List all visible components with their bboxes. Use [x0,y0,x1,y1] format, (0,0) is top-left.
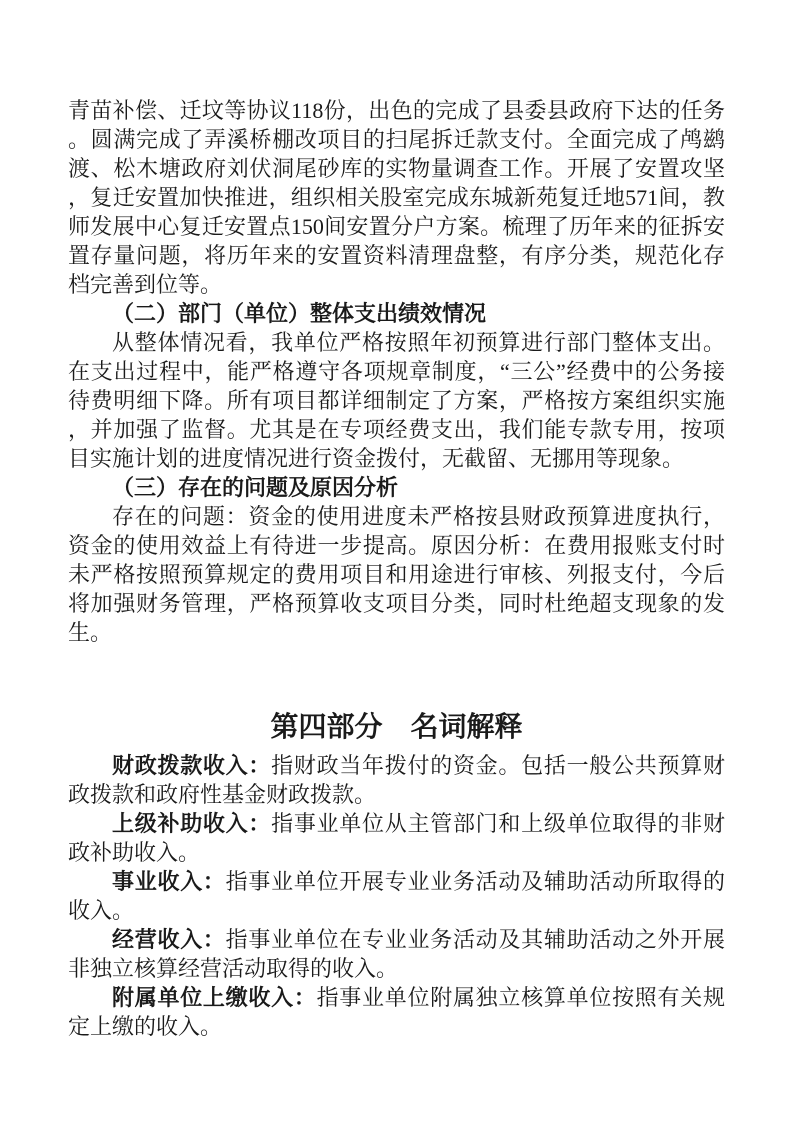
paragraph-continuation: 青苗补偿、迁坟等协议118份，出色的完成了县委县政府下达的任务。圆满完成了弄溪桥… [68,96,725,299]
definition-fiscal-appropriation-income: 财政拨款收入：指财政当年拨付的资金。包括一般公共预算财政拨款和政府性基金财政拨款… [68,751,725,809]
definition-term: 财政拨款收入： [112,753,271,778]
definition-affiliated-unit-remittance-income: 附属单位上缴收入：指事业单位附属独立核算单位按照有关规定上缴的收入。 [68,983,725,1041]
definition-term: 事业收入： [112,869,226,894]
section3-heading: （三）存在的问题及原因分析 [68,473,725,502]
part4-title: 第四部分 名词解释 [68,709,725,747]
definition-term: 附属单位上缴收入： [112,985,317,1010]
document-page: 青苗补偿、迁坟等协议118份，出色的完成了县委县政府下达的任务。圆满完成了弄溪桥… [0,0,793,1122]
definition-term: 经营收入： [112,927,226,952]
definition-operating-income-institution: 事业收入：指事业单位开展专业业务活动及辅助活动所取得的收入。 [68,867,725,925]
section3-body: 存在的问题：资金的使用进度未严格按县财政预算进度执行，资金的使用效益上有待进一步… [68,502,725,647]
definition-term: 上级补助收入： [112,811,271,836]
definition-superior-subsidy-income: 上级补助收入：指事业单位从主管部门和上级单位取得的非财政补助收入。 [68,809,725,867]
section2-body: 从整体情况看，我单位严格按照年初预算进行部门整体支出。在支出过程中，能严格遵守各… [68,328,725,473]
definition-business-income: 经营收入：指事业单位在专业业务活动及其辅助活动之外开展非独立核算经营活动取得的收… [68,925,725,983]
section2-heading: （二）部门（单位）整体支出绩效情况 [68,299,725,328]
